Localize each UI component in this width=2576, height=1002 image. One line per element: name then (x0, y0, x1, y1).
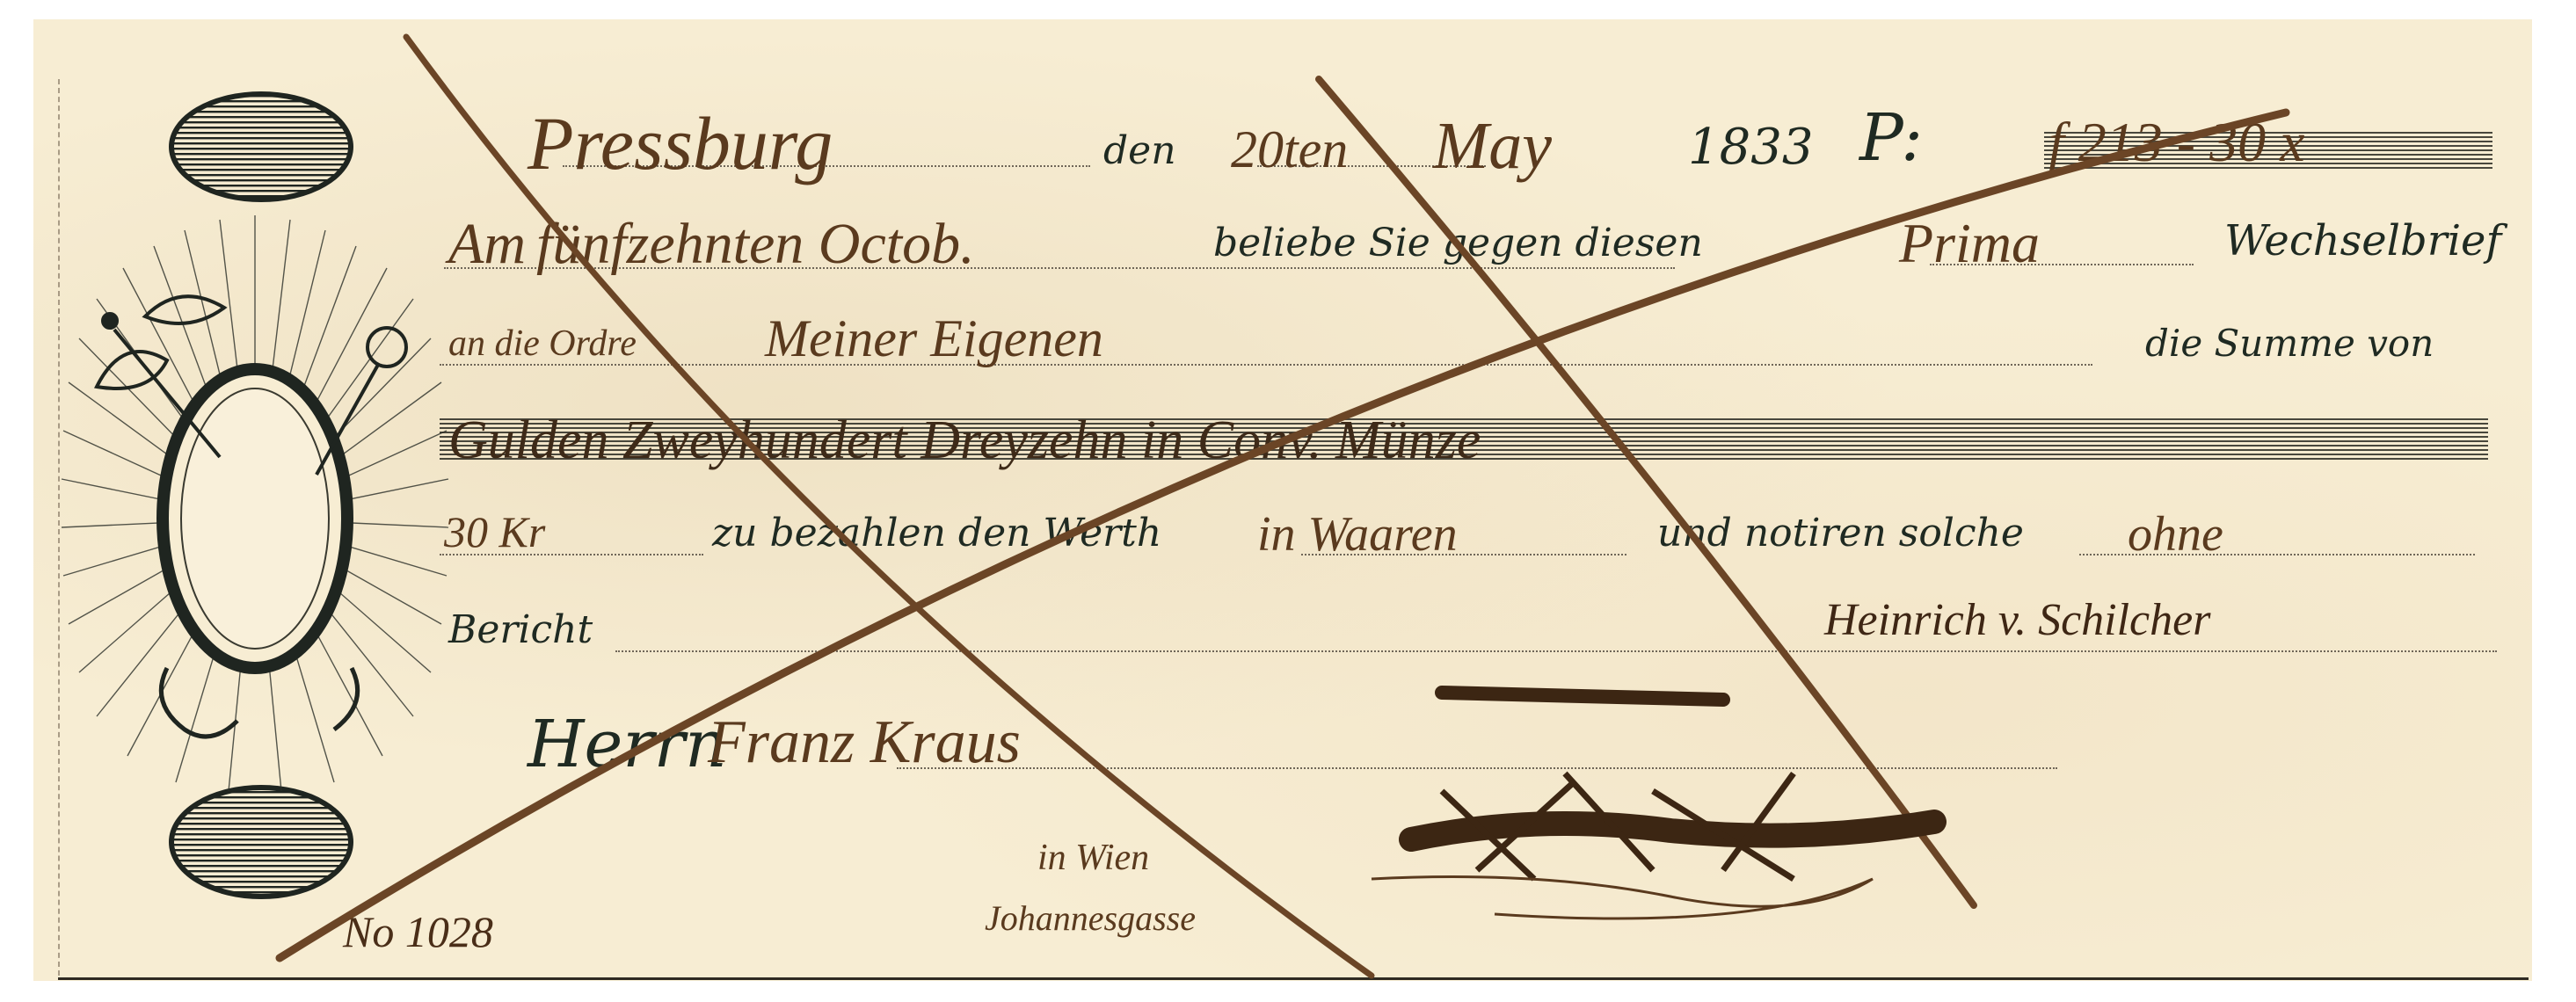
cancel-stroke-3-icon (280, 113, 2286, 958)
cancellation-marks (0, 0, 2576, 1002)
cancel-stroke-1-icon (406, 37, 1372, 976)
struck-endorsement-icon (1372, 693, 1934, 918)
cancel-stroke-2-icon (1319, 79, 1974, 905)
